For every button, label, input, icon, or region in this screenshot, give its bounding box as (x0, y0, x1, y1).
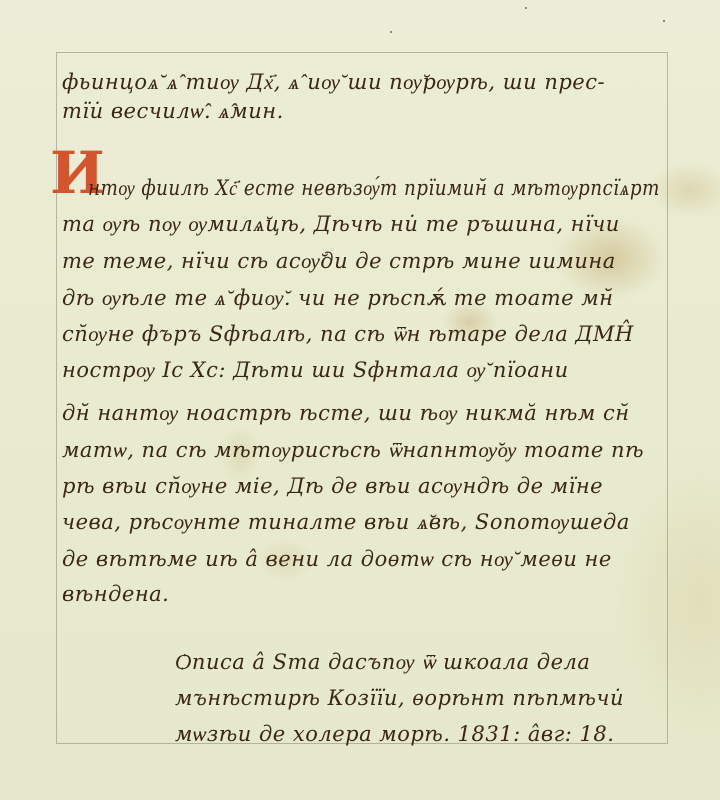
text-line: фьинцоѧ̆ ѧ̂ тиѹ Дх҃, ѧ̂ иѹ̆ ши пѹ̆рѹрѣ, … (62, 70, 605, 95)
text-line: те теме, нїчи сѣ асѹ̆ди де стрѣ мине иим… (62, 249, 616, 274)
closing-line-date: мѡзѣи де холера морѣ. 1831: а̂вг: 18. (175, 722, 614, 747)
text-line: нострѹ Ic Хс: Дѣти ши Ѕфнтала ѹ̆ пїоани (62, 358, 569, 383)
text-line: чева, рѣсѹнте тиналте вѣи ѧ̆вѣ, Ѕопотѹше… (62, 510, 630, 535)
text-line: сп̆ѹне фъръ Ѕфѣалѣ, па сѣ ѿн ѣтаре дела … (62, 322, 634, 347)
text-line: рѣ вѣи сп̆ѹне міе, Дѣ де вѣи асѹндѣ де м… (62, 474, 603, 499)
paper-speck (663, 20, 665, 22)
red-initial-letter: И (50, 146, 76, 200)
text-line: дн̆ нантѹ ноастрѣ ѣсте, ши ѣѹ никмӑ нѣм … (62, 401, 630, 426)
text-line: вѣндена. (62, 582, 169, 606)
text-line: тїи̇ весчилѡ̂. ѧ̂мин. (62, 99, 284, 124)
paper-speck (525, 7, 527, 9)
text-line: нтѹ фиилѣ Хс҃ есте невѣзѹ́т прїимин̆ а м… (88, 176, 660, 201)
closing-line: Ѻписа а̂ Ѕта дасъпѹ ѿ шкоала дела (175, 650, 590, 675)
text-line: де вѣтѣме иѣ а̂ вени ла доѳтѡ сѣ нѹ̆ меѳ… (62, 547, 612, 572)
text-line: дѣ ѹѣле те ѧ̆ фиѹ̆. чи не рѣспѫ́ те тоат… (62, 286, 614, 311)
manuscript-page: фьинцоѧ̆ ѧ̂ тиѹ Дх҃, ѧ̂ иѹ̆ ши пѹ̆рѹрѣ, … (0, 0, 720, 800)
closing-line: мънѣстирѣ Козїїи, ѳорѣнт пѣпмѣчи̇ (175, 686, 624, 710)
paper-speck (390, 31, 392, 33)
text-line: та ѹѣ пѹ ѹмилѧ̆цѣ, Дѣчѣ ни̇ те ръшина, н… (62, 212, 620, 237)
text-line: матѡ, па сѣ мѣтѹрисѣсѣ ѿнапнтѹ̆ѹ тоате п… (62, 438, 644, 463)
ruled-frame (56, 52, 668, 744)
